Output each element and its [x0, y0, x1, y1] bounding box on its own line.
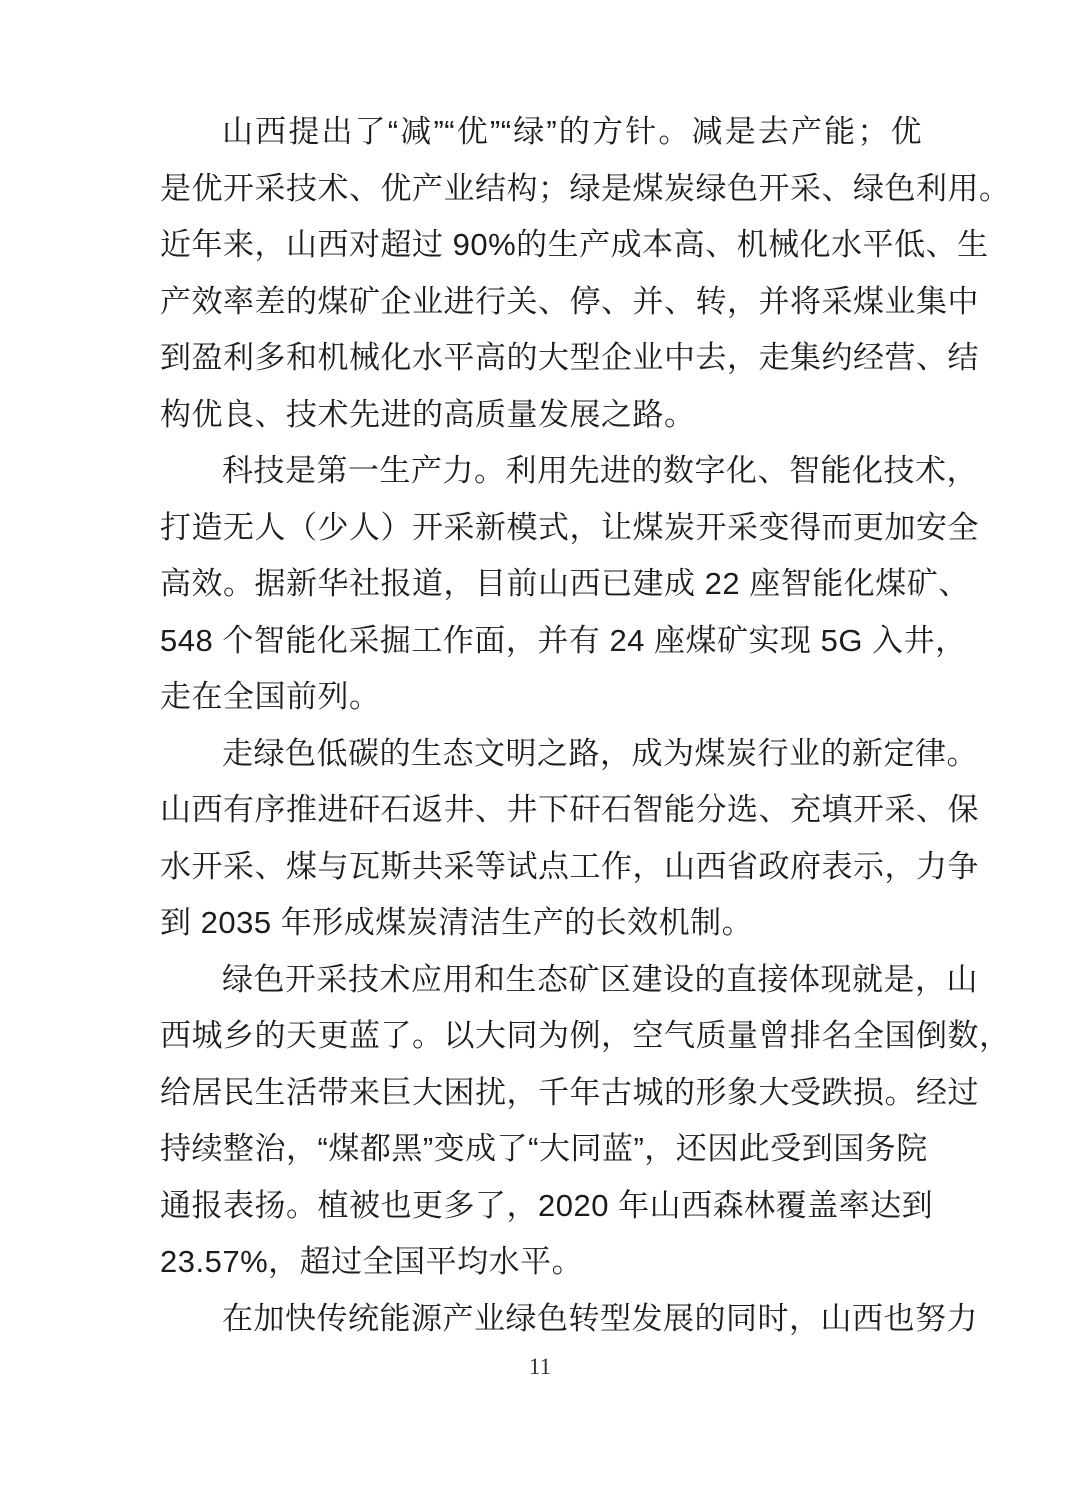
text-line: 科技是第一生产力。利用先进的数字化、智能化技术， — [160, 443, 922, 500]
text-line: 山西有序推进矸石返井、井下矸石智能分选、充填开采、保 — [160, 782, 922, 839]
text-line: 到盈利多和机械化水平高的大型企业中去，走集约经营、结 — [160, 330, 922, 387]
text-line: 走绿色低碳的生态文明之路，成为煤炭行业的新定律。 — [160, 726, 922, 783]
text-line: 在加快传统能源产业绿色转型发展的同时，山西也努力 — [160, 1291, 922, 1348]
text-line: 到 2035 年形成煤炭清洁生产的长效机制。 — [160, 895, 922, 952]
page-number: 11 — [529, 1354, 551, 1379]
text-line: 山西提出了“减”“优”“绿”的方针。减是去产能；优 — [160, 104, 922, 161]
text-line: 持续整治，“煤都黑”变成了“大同蓝”，还因此受到国务院 — [160, 1121, 922, 1178]
text-line: 通报表扬。植被也更多了，2020 年山西森林覆盖率达到 — [160, 1178, 922, 1235]
text-line: 548 个智能化采掘工作面，并有 24 座煤矿实现 5G 入井， — [160, 613, 922, 670]
page-footer: 11 — [0, 1352, 1080, 1382]
text-line: 构优良、技术先进的高质量发展之路。 — [160, 387, 922, 444]
text-line: 走在全国前列。 — [160, 669, 922, 726]
document-body: 山西提出了“减”“优”“绿”的方针。减是去产能；优 是优开采技术、优产业结构；绿… — [160, 104, 922, 1347]
document-page: 山西提出了“减”“优”“绿”的方针。减是去产能；优 是优开采技术、优产业结构；绿… — [0, 0, 1080, 1491]
text-line: 23.57%，超过全国平均水平。 — [160, 1234, 922, 1291]
text-line: 打造无人（少人）开采新模式，让煤炭开采变得而更加安全 — [160, 500, 922, 557]
text-line: 给居民生活带来巨大困扰，千年古城的形象大受跌损。经过 — [160, 1065, 922, 1122]
text-line: 是优开采技术、优产业结构；绿是煤炭绿色开采、绿色利用。 — [160, 161, 922, 218]
text-line: 近年来，山西对超过 90%的生产成本高、机械化水平低、生 — [160, 217, 922, 274]
text-line: 产效率差的煤矿企业进行关、停、并、转，并将采煤业集中 — [160, 274, 922, 331]
text-line: 西城乡的天更蓝了。以大同为例，空气质量曾排名全国倒数， — [160, 1008, 922, 1065]
text-line: 高效。据新华社报道，目前山西已建成 22 座智能化煤矿、 — [160, 556, 922, 613]
text-line: 水开采、煤与瓦斯共采等试点工作，山西省政府表示，力争 — [160, 839, 922, 896]
text-line: 绿色开采技术应用和生态矿区建设的直接体现就是，山 — [160, 952, 922, 1009]
